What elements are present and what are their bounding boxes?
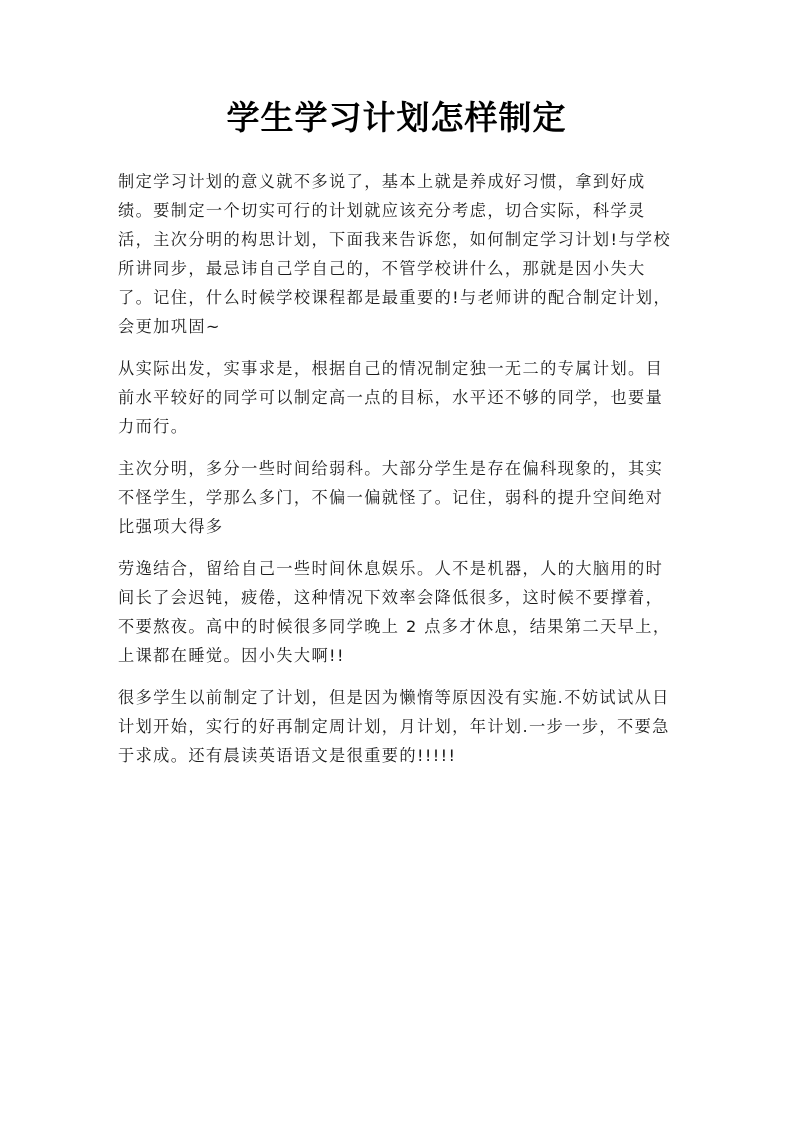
text-line: 前水平较好的同学可以制定高一点的目标，水平还不够的同学，也要量 [118, 383, 688, 412]
text-line: 了。记住，什么时候学校课程都是最重要的!与老师讲的配合制定计划， [118, 283, 688, 312]
text-line: 从实际出发，实事求是，根据自己的情况制定独一无二的专属计划。目 [118, 354, 688, 383]
paragraph-execution: 很多学生以前制定了计划，但是因为懒惰等原因没有实施.不妨试试从日 计划开始，实行… [118, 683, 688, 770]
paragraph-realistic: 从实际出发，实事求是，根据自己的情况制定独一无二的专属计划。目 前水平较好的同学… [118, 354, 688, 441]
text-line: 很多学生以前制定了计划，但是因为懒惰等原因没有实施.不妨试试从日 [118, 683, 688, 712]
text-line: 计划开始，实行的好再制定周计划，月计划，年计划.一步一步，不要急 [118, 712, 688, 741]
paragraph-intro: 制定学习计划的意义就不多说了，基本上就是养成好习惯，拿到好成 绩。要制定一个切实… [118, 167, 688, 341]
text-line: 主次分明，多分一些时间给弱科。大部分学生是存在偏科现象的，其实 [118, 454, 688, 483]
text-line: 绩。要制定一个切实可行的计划就应该充分考虑，切合实际，科学灵 [118, 196, 688, 225]
text-line: 不怪学生，学那么多门，不偏一偏就怪了。记住，弱科的提升空间绝对 [118, 483, 688, 512]
text-line: 不要熬夜。高中的时候很多同学晚上 2 点多才休息，结果第二天早上， [118, 612, 688, 641]
paragraph-priorities: 主次分明，多分一些时间给弱科。大部分学生是存在偏科现象的，其实 不怪学生，学那么… [118, 454, 688, 541]
text-line: 活，主次分明的构思计划，下面我来告诉您，如何制定学习计划!与学校 [118, 225, 688, 254]
text-line: 比强项大得多 [118, 512, 688, 541]
text-line: 上课都在睡觉。因小失大啊!! [118, 641, 688, 670]
text-line: 会更加巩固~ [118, 312, 688, 341]
text-line: 于求成。还有晨读英语语文是很重要的!!!!! [118, 741, 688, 770]
paragraph-rest: 劳逸结合，留给自己一些时间休息娱乐。人不是机器，人的大脑用的时 间长了会迟钝，疲… [118, 554, 688, 670]
text-line: 制定学习计划的意义就不多说了，基本上就是养成好习惯，拿到好成 [118, 167, 688, 196]
text-line: 力而行。 [118, 412, 688, 441]
document-page: 学生学习计划怎样制定 制定学习计划的意义就不多说了，基本上就是养成好习惯，拿到好… [0, 0, 793, 1122]
document-body: 制定学习计划的意义就不多说了，基本上就是养成好习惯，拿到好成 绩。要制定一个切实… [118, 167, 688, 783]
text-line: 所讲同步，最忌讳自己学自己的，不管学校讲什么，那就是因小失大 [118, 254, 688, 283]
text-line: 间长了会迟钝，疲倦，这种情况下效率会降低很多，这时候不要撑着， [118, 583, 688, 612]
document-title: 学生学习计划怎样制定 [0, 96, 793, 140]
text-line: 劳逸结合，留给自己一些时间休息娱乐。人不是机器，人的大脑用的时 [118, 554, 688, 583]
